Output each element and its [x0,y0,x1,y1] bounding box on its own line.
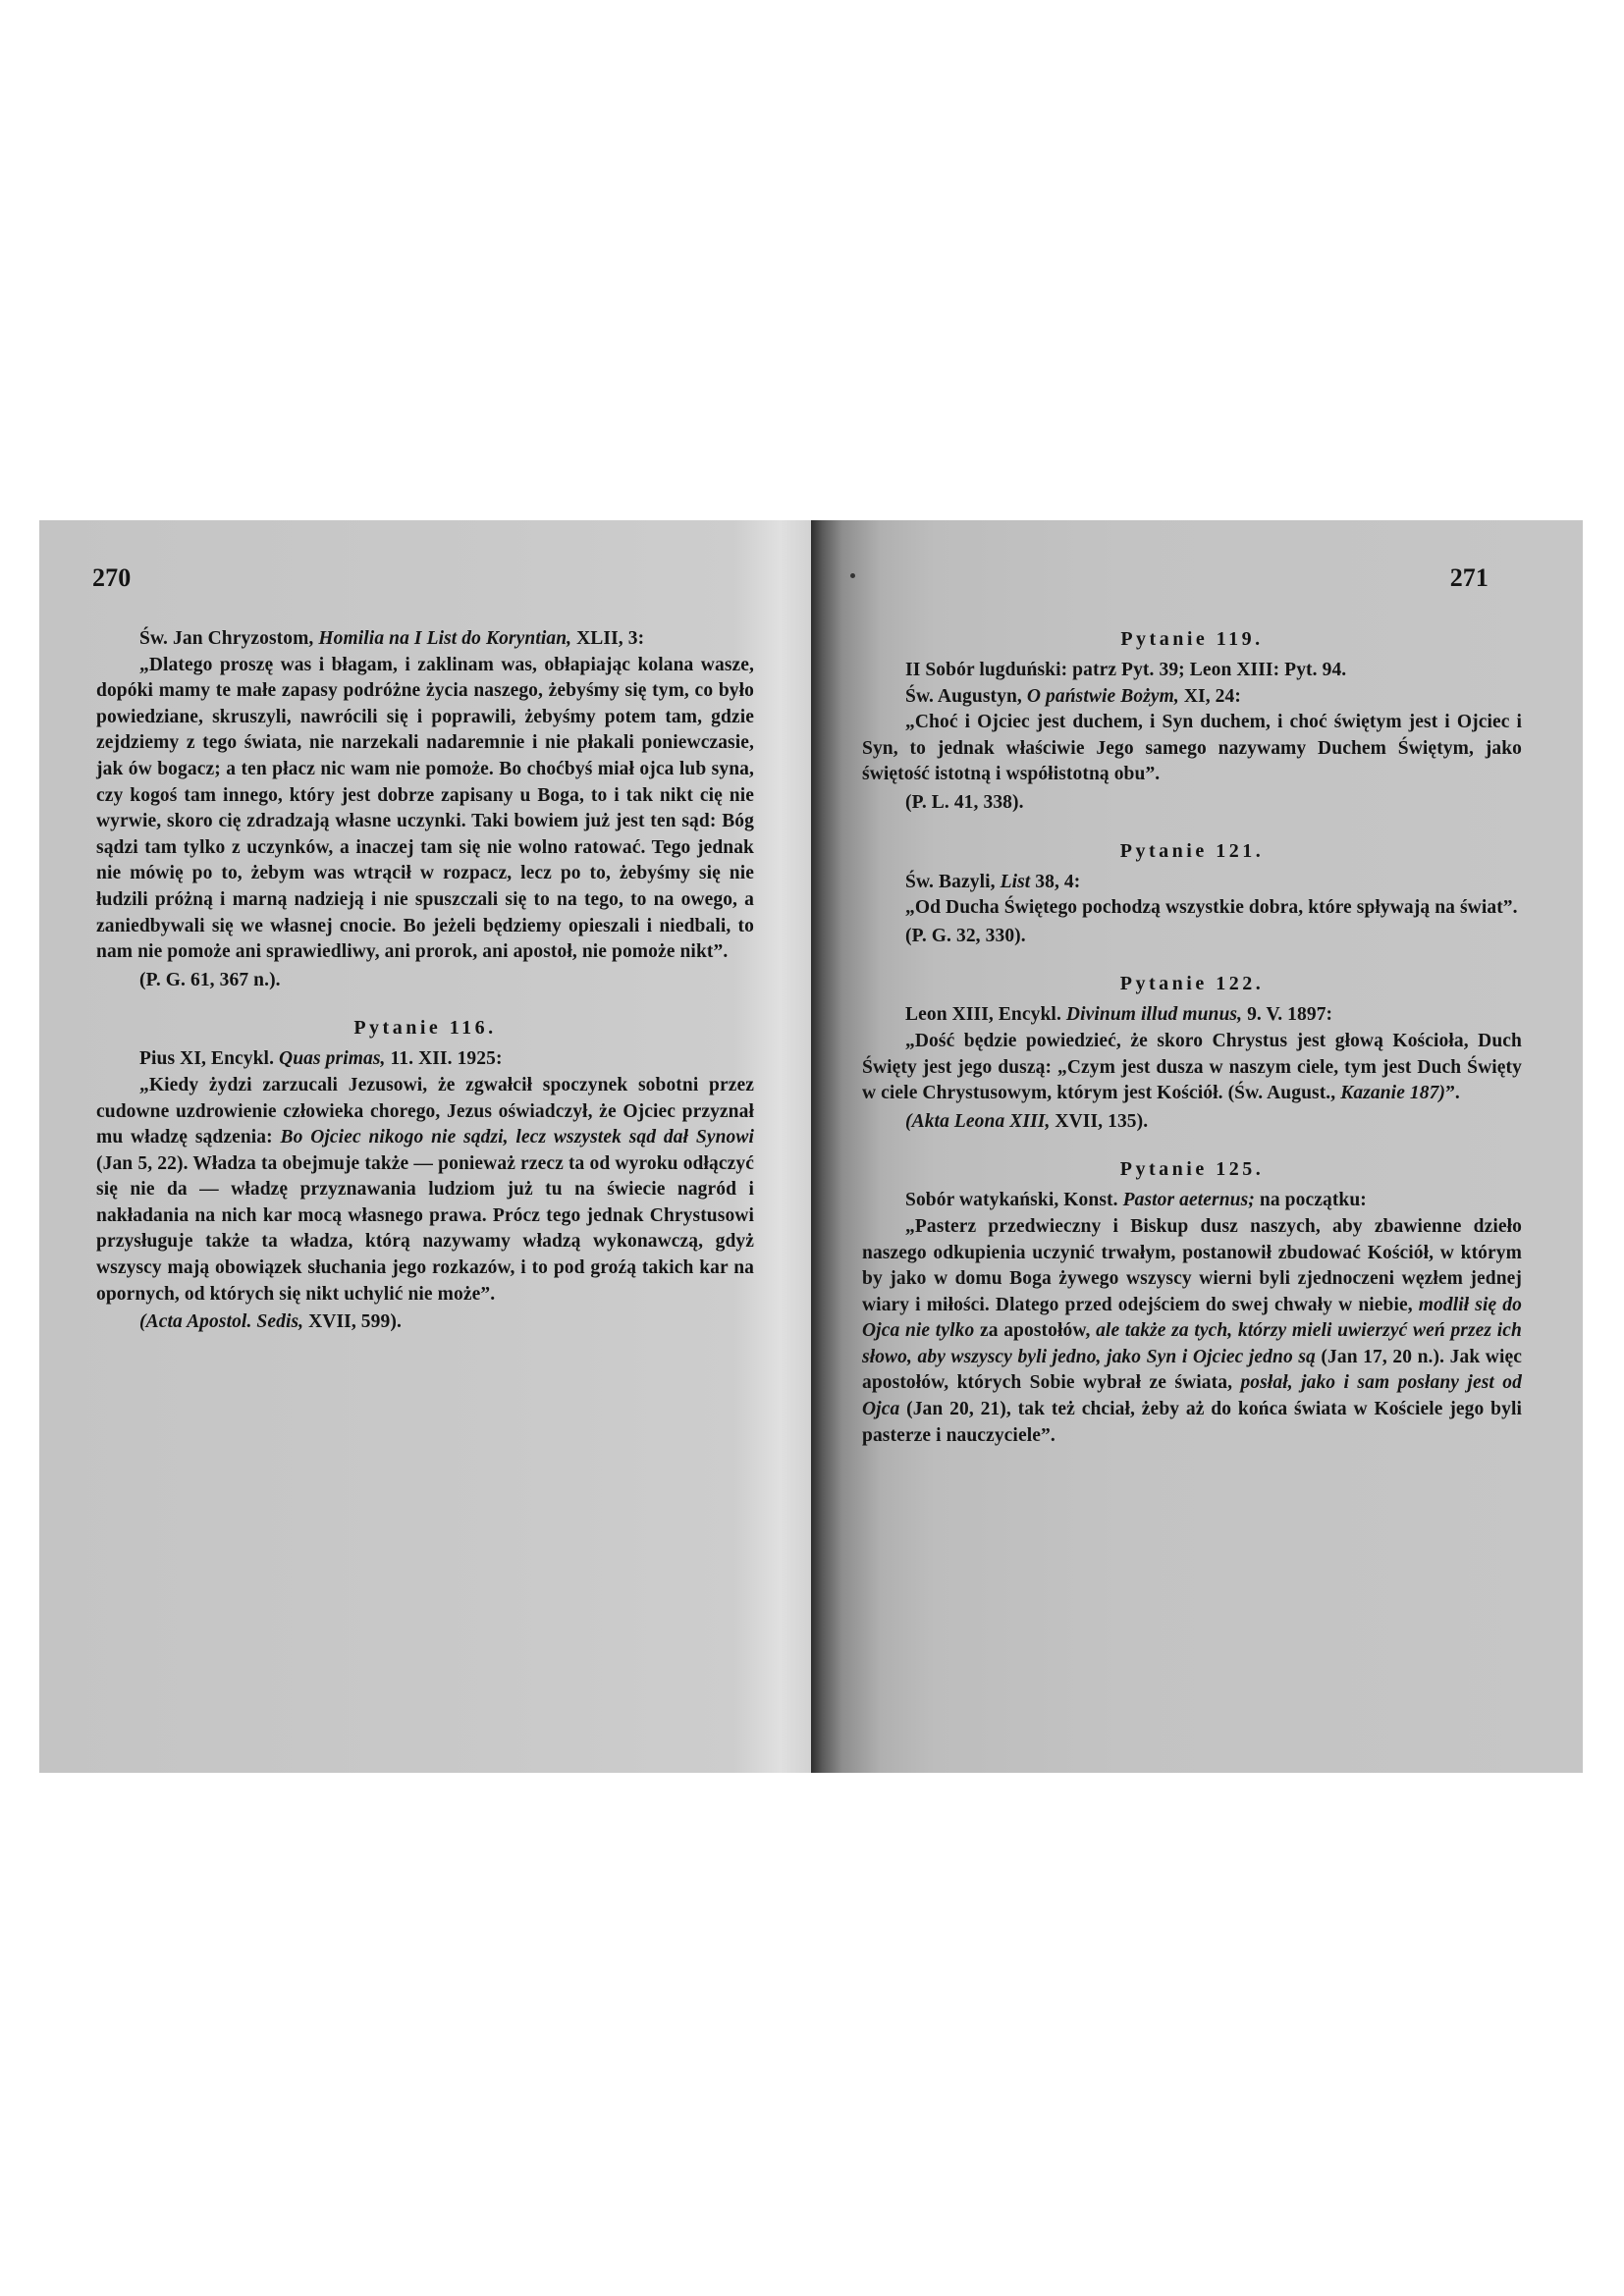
source-line: Św. Augustyn, O państwie Bożym, XI, 24: [862,684,1522,711]
italic-text: Bo Ojciec nikogo nie sądzi, lecz wszyste… [281,1127,755,1148]
question-heading: Pytanie 121. [862,838,1522,864]
question-heading: Pytanie 116. [96,1015,754,1041]
text-run: Św. Bazyli, [905,872,1001,892]
text-run: „Od Ducha Świętego pochodzą wszystkie do… [905,897,1518,918]
source-line: Leon XIII, Encykl. Divinum illud munus, … [862,1002,1522,1029]
book-scan: 270 Św. Jan Chryzostom, Homilia na I Lis… [39,520,1583,1773]
text-run: 11. XII. 1925: [386,1048,503,1069]
text-run: (Jan 5, 22). Władza ta obejmuje także — … [96,1153,754,1305]
citation: (P. G. 32, 330). [862,924,1522,950]
italic-text: O państwie Bożym, [1027,686,1179,707]
italic-text: Homilia na I List do Koryntian, [318,628,571,649]
text-run: ”. [1445,1083,1460,1103]
question-heading: Pytanie 119. [862,626,1522,652]
italic-text: List [1001,872,1031,892]
page-number: 271 [1450,563,1489,593]
text-run: XVII, 135). [1050,1111,1148,1132]
text-run: za apostołów, [974,1320,1096,1341]
italic-text: (Acta Apostol. Sedis, [139,1311,303,1332]
text-run: II Sobór lugduński: patrz Pyt. 39; Leon … [905,660,1346,680]
italic-text: Pastor aeternus; [1123,1190,1255,1210]
text-run: Pius XI, Encykl. [139,1048,279,1069]
italic-text: Quas primas, [279,1048,385,1069]
text-run: Św. Augustyn, [905,686,1027,707]
quote-paragraph: „Kiedy żydzi zarzucali Jezusowi, że zgwa… [96,1073,754,1308]
text-run: Leon XIII, Encykl. [905,1004,1066,1025]
text-run: Sobór watykański, Konst. [905,1190,1123,1210]
italic-text: Kazanie 187) [1340,1083,1445,1103]
source-line: Św. Bazyli, List 38, 4: [862,870,1522,896]
text-run: XVII, 599). [303,1311,402,1332]
quote-paragraph: „Dlatego proszę was i błagam, i zaklinam… [96,653,754,966]
text-run: XLII, 3: [571,628,644,649]
right-page: 271 Pytanie 119.II Sobór lugduński: patr… [811,520,1583,1773]
page-number: 270 [92,563,131,593]
text-run: Św. Jan Chryzostom, [139,628,318,649]
ink-speck [850,573,855,578]
quote-paragraph: „Pasterz przedwieczny i Biskup dusz nasz… [862,1214,1522,1449]
quote-paragraph: „Dość będzie powiedzieć, że skoro Chryst… [862,1029,1522,1107]
page-content: Pytanie 119.II Sobór lugduński: patrz Py… [862,626,1522,1449]
citation: (P. L. 41, 338). [862,790,1522,817]
page-content: Św. Jan Chryzostom, Homilia na I List do… [96,626,754,1336]
text-run: „Dlatego proszę was i błagam, i zaklinam… [96,655,754,963]
text-run: (Jan 20, 21), tak też chciał, żeby aż do… [862,1399,1522,1446]
text-run: (P. G. 32, 330). [905,926,1026,946]
text-run: 38, 4: [1030,872,1080,892]
text-run: na początku: [1255,1190,1367,1210]
source-line: II Sobór lugduński: patrz Pyt. 39; Leon … [862,658,1522,684]
citation: (Acta Apostol. Sedis, XVII, 599). [96,1309,754,1336]
quote-paragraph: „Od Ducha Świętego pochodzą wszystkie do… [862,895,1522,922]
text-run: 9. V. 1897: [1242,1004,1332,1025]
quote-paragraph: „Choć i Ojciec jest duchem, i Syn duchem… [862,710,1522,788]
text-run: XI, 24: [1179,686,1241,707]
source-line: Pius XI, Encykl. Quas primas, 11. XII. 1… [96,1046,754,1073]
source-line: Św. Jan Chryzostom, Homilia na I List do… [96,626,754,653]
text-run: „Choć i Ojciec jest duchem, i Syn duchem… [862,712,1522,784]
question-heading: Pytanie 125. [862,1156,1522,1182]
italic-text: Divinum illud munus, [1066,1004,1242,1025]
citation: (Akta Leona XIII, XVII, 135). [862,1109,1522,1136]
left-page: 270 Św. Jan Chryzostom, Homilia na I Lis… [39,520,811,1773]
italic-text: (Akta Leona XIII, [905,1111,1050,1132]
citation: (P. G. 61, 367 n.). [96,968,754,994]
text-run: (P. G. 61, 367 n.). [139,970,281,990]
text-run: (P. L. 41, 338). [905,792,1024,813]
question-heading: Pytanie 122. [862,971,1522,996]
source-line: Sobór watykański, Konst. Pastor aeternus… [862,1188,1522,1214]
